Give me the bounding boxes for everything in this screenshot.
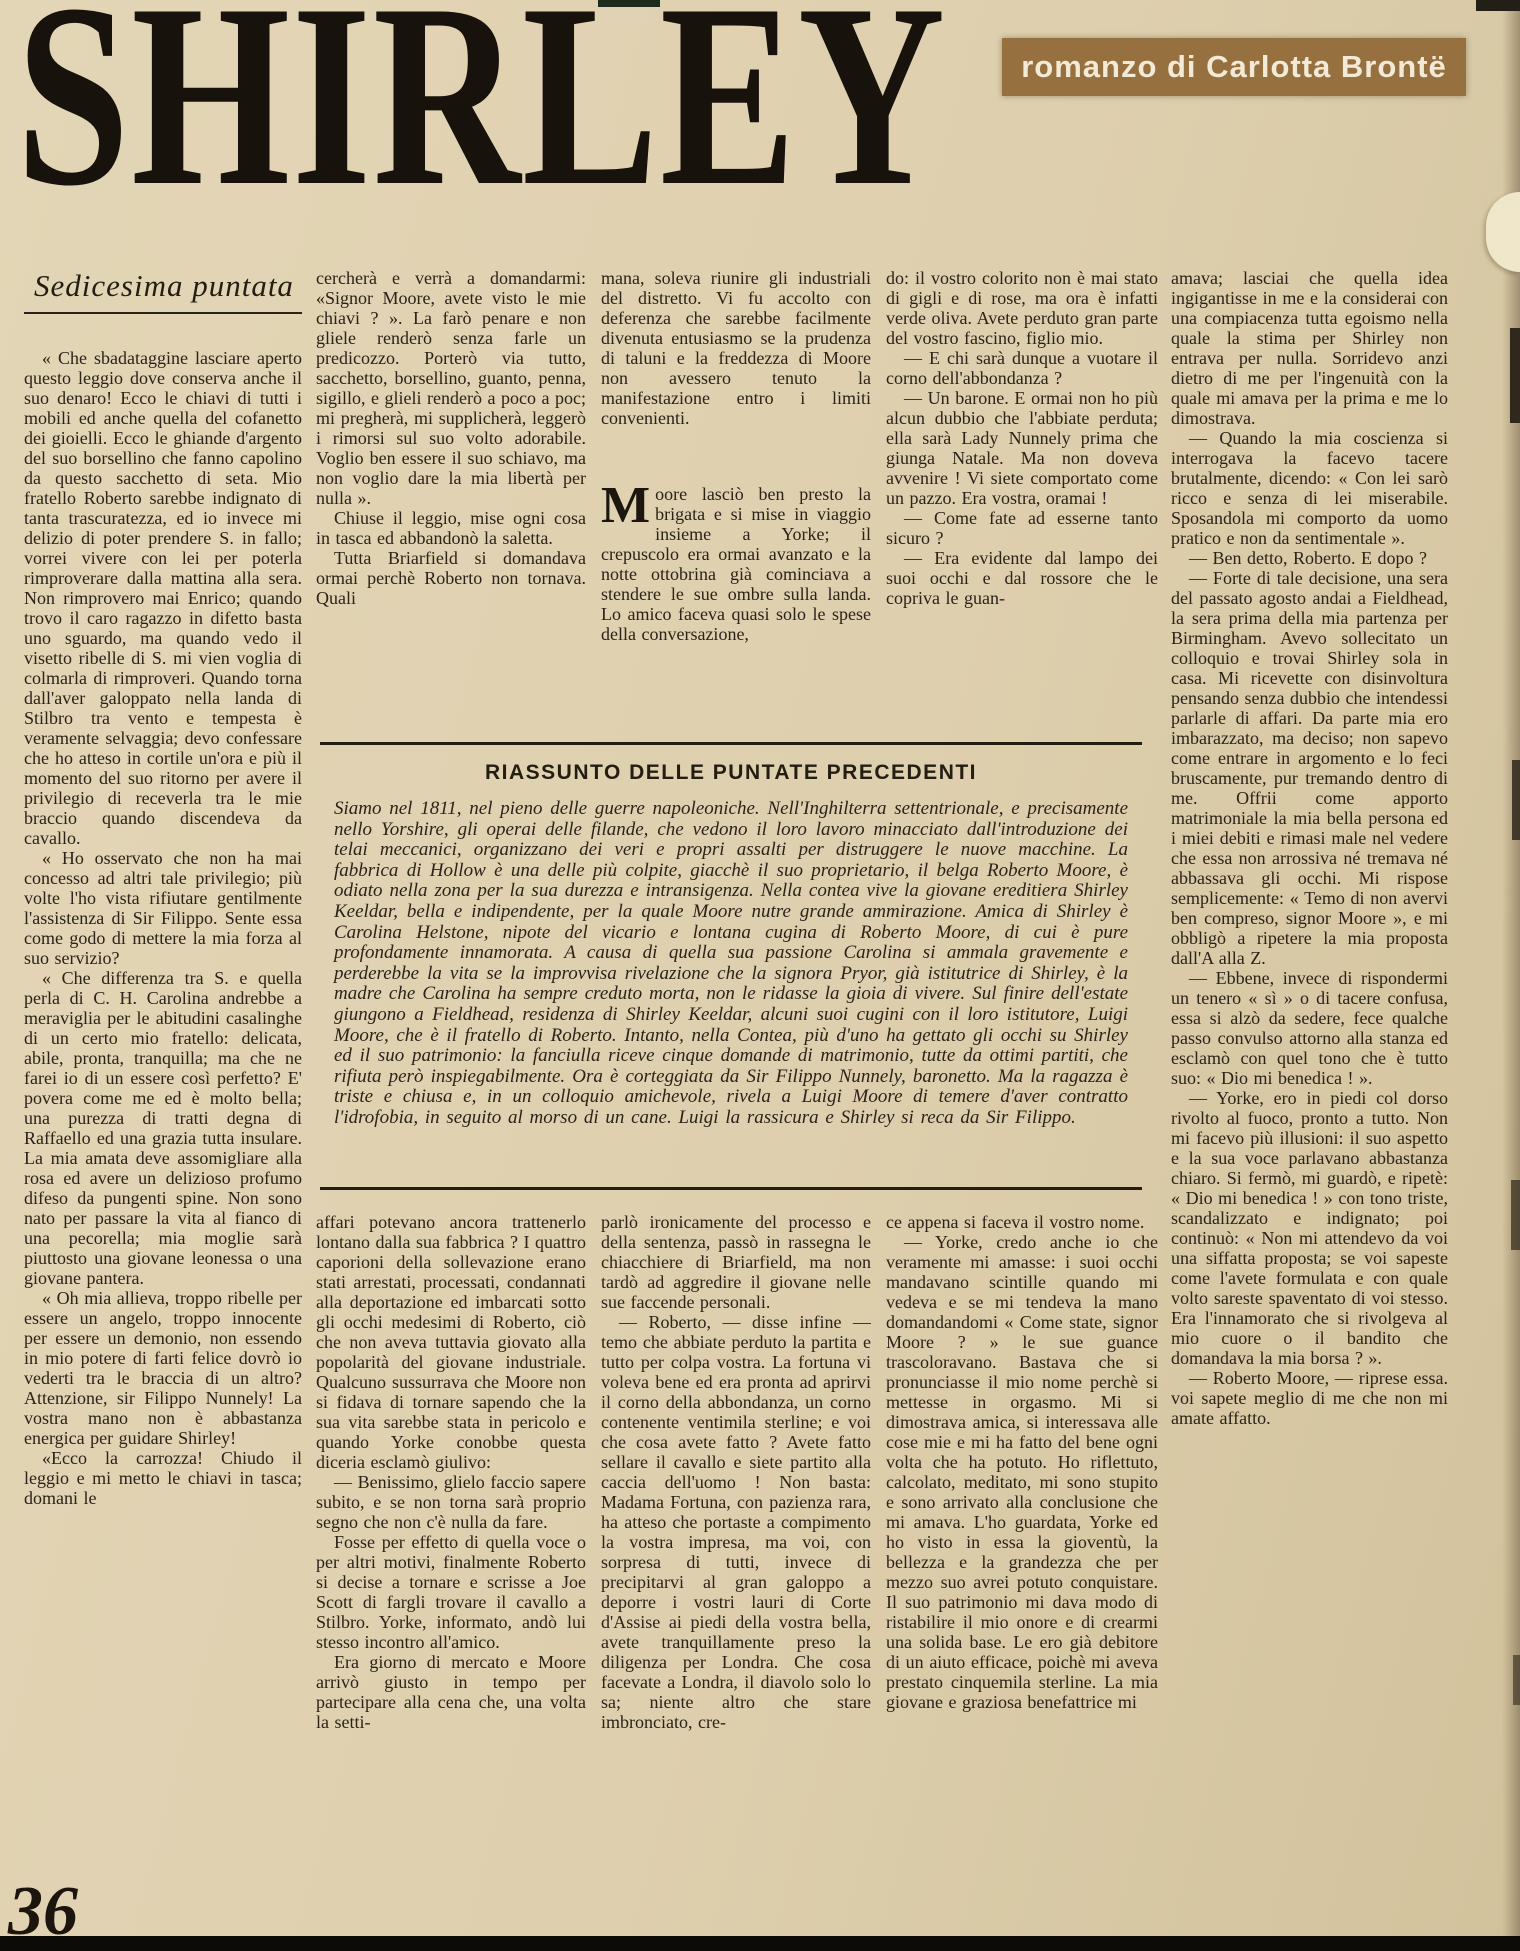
scan-edge-mark xyxy=(1513,1655,1520,1705)
paragraph: « Oh mia allieva, troppo ribelle per ess… xyxy=(24,1288,302,1448)
paragraph: mana, soleva riunire gli industriali del… xyxy=(601,268,871,428)
paragraph: cercherà e verrà a domandarmi: «Signor M… xyxy=(316,268,586,508)
author-banner: romanzo di Carlotta Brontë xyxy=(1002,38,1466,96)
drop-cap-initial: M xyxy=(601,484,655,526)
paragraph: do: il vostro colorito non è mai stato d… xyxy=(886,268,1158,348)
paragraph: — E chi sarà dunque a vuotare il corno d… xyxy=(886,348,1158,388)
paragraph: — Quando la mia coscienza si interrogava… xyxy=(1171,428,1448,548)
paragraph: — Yorke, ero in piedi col dorso rivolto … xyxy=(1171,1088,1448,1368)
magazine-page: SHIRLEY romanzo di Carlotta Brontë Sedic… xyxy=(0,0,1520,1951)
header-rule xyxy=(24,312,302,314)
scan-edge-mark xyxy=(1510,328,1520,423)
paragraph: Era giorno di mercato e Moore arrivò giu… xyxy=(316,1652,586,1732)
installment-title: Sedicesima puntata xyxy=(24,268,302,304)
author-banner-label: romanzo di Carlotta Brontë xyxy=(1021,49,1447,85)
summary-box-title: RIASSUNTO DELLE PUNTATE PRECEDENTI xyxy=(330,761,1132,785)
column-3-bottom: parlò ironicamente del processo e della … xyxy=(601,1212,871,1935)
paragraph: Tutta Briarfield si domandava ormai perc… xyxy=(316,548,586,608)
paragraph: Fosse per effetto di quella voce o per a… xyxy=(316,1532,586,1652)
torn-paper-patch xyxy=(1486,192,1520,272)
paragraph: «Ecco la carrozza! Chiudo il leggio e mi… xyxy=(24,1448,302,1508)
paragraph: — Come fate ad esserne tanto sicuro ? xyxy=(886,508,1158,548)
paragraph: parlò ironicamente del processo e della … xyxy=(601,1212,871,1312)
summary-box-text: Siamo nel 1811, nel pieno delle guerre n… xyxy=(330,799,1132,1129)
paragraph: — Era evidente dal lampo dei suoi occhi … xyxy=(886,548,1158,608)
paragraph: « Ho osservato che non ha mai concesso a… xyxy=(24,848,302,968)
scan-edge-mark xyxy=(1511,1180,1520,1250)
scan-artifact-top xyxy=(598,0,660,7)
paragraph: — Roberto Moore, — riprese essa. voi sap… xyxy=(1171,1368,1448,1428)
scan-edge-mark xyxy=(1512,760,1520,840)
paragraph: — Ben detto, Roberto. E dopo ? xyxy=(1171,548,1448,568)
paragraph: amava; lasciai che quella idea ingiganti… xyxy=(1171,268,1448,428)
paragraph: « Che differenza tra S. e quella perla d… xyxy=(24,968,302,1288)
summary-box: RIASSUNTO DELLE PUNTATE PRECEDENTI Siamo… xyxy=(320,742,1142,1190)
paragraph: — Un barone. E ormai non ho più alcun du… xyxy=(886,388,1158,508)
column-4-top: do: il vostro colorito non è mai stato d… xyxy=(886,268,1158,734)
installment-header: Sedicesima puntata xyxy=(24,268,302,314)
paragraph: — Ebbene, invece di rispondermi un tener… xyxy=(1171,968,1448,1088)
scan-bottom-bar xyxy=(0,1936,1520,1951)
column-1-text: « Che sbadataggine lasciare aperto quest… xyxy=(24,348,302,1508)
paragraph: — Roberto, — disse infine — temo che abb… xyxy=(601,1312,871,1732)
column-2-bottom: affari potevano ancora trattenerlo lonta… xyxy=(316,1212,586,1935)
paragraph: — Forte di tale decisione, una sera del … xyxy=(1171,568,1448,968)
column-3-top-text: mana, soleva riunire gli industriali del… xyxy=(601,268,871,428)
column-2-top: cercherà e verrà a domandarmi: «Signor M… xyxy=(316,268,586,734)
column-1: Sedicesima puntata « Che sbadataggine la… xyxy=(24,268,302,1868)
page-title: SHIRLEY xyxy=(16,0,947,226)
column-4-bottom: ce appena si faceva il vostro nome.— Yor… xyxy=(886,1212,1158,1935)
paragraph: affari potevano ancora trattenerlo lonta… xyxy=(316,1212,586,1472)
paragraph: « Che sbadataggine lasciare aperto quest… xyxy=(24,348,302,848)
paragraph: ce appena si faceva il vostro nome. xyxy=(886,1212,1158,1232)
paragraph: — Yorke, credo anche io che veramente mi… xyxy=(886,1232,1158,1712)
column-5: amava; lasciai che quella idea ingiganti… xyxy=(1171,268,1448,1935)
dropcap-paragraph: Moore lasciò ben presto la brigata e si … xyxy=(601,484,871,644)
scan-artifact-top-right xyxy=(1476,0,1520,11)
paragraph: Chiuse il leggio, mise ogni cosa in tasc… xyxy=(316,508,586,548)
paragraph: — Benissimo, glielo faccio sapere subito… xyxy=(316,1472,586,1532)
column-3-top: mana, soleva riunire gli industriali del… xyxy=(601,268,871,734)
